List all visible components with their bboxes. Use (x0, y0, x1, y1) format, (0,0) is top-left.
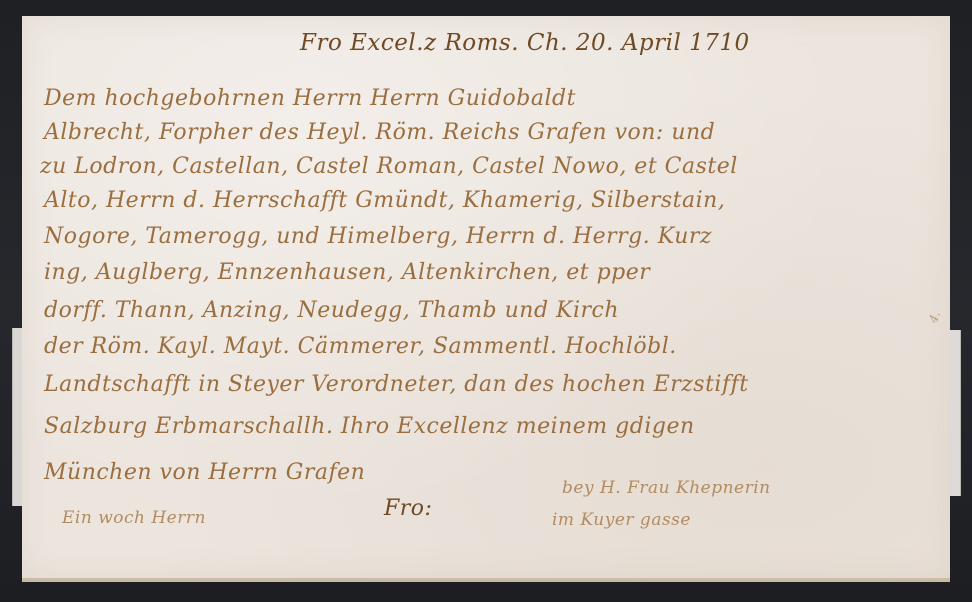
address-line-7: dorff. Thann, Anzing, Neudegg, Thamb und… (44, 298, 619, 323)
address-line-3: zu Lodron, Castellan, Castel Roman, Cast… (40, 154, 738, 179)
letter-header-date: Fro Excel.z Roms. Ch. 20. April 1710 (300, 30, 750, 56)
margin-note: 4. (926, 309, 943, 325)
address-line-10: Salzburg Erbmarschallh. Ihro Excellenz m… (44, 414, 695, 439)
address-line-2: Albrecht, Forpher des Heyl. Röm. Reichs … (44, 120, 715, 145)
address-line-9: Landtschafft in Steyer Verordneter, dan … (44, 372, 749, 397)
address-line-5: Nogore, Tamerogg, und Himelberg, Herrn d… (44, 224, 712, 249)
letter-paper: Fro Excel.z Roms. Ch. 20. April 1710 Dem… (22, 16, 950, 580)
address-line-4: Alto, Herrn d. Herrschafft Gmündt, Khame… (44, 188, 725, 213)
address-line-11: München von Herrn Grafen (44, 460, 365, 485)
closing-right-1: bey H. Frau Khepnerin (562, 478, 771, 498)
address-line-8: der Röm. Kayl. Mayt. Cämmerer, Sammentl.… (44, 334, 677, 359)
closing-left: Ein woch Herrn (62, 508, 206, 528)
closing-right-2: im Kuyer gasse (552, 510, 691, 530)
closing-mid: Fro: (384, 496, 432, 521)
address-line-1: Dem hochgebohrnen Herrn Herrn Guidobaldt (44, 86, 576, 111)
address-line-6: ing, Auglberg, Ennzenhausen, Altenkirche… (44, 260, 650, 285)
